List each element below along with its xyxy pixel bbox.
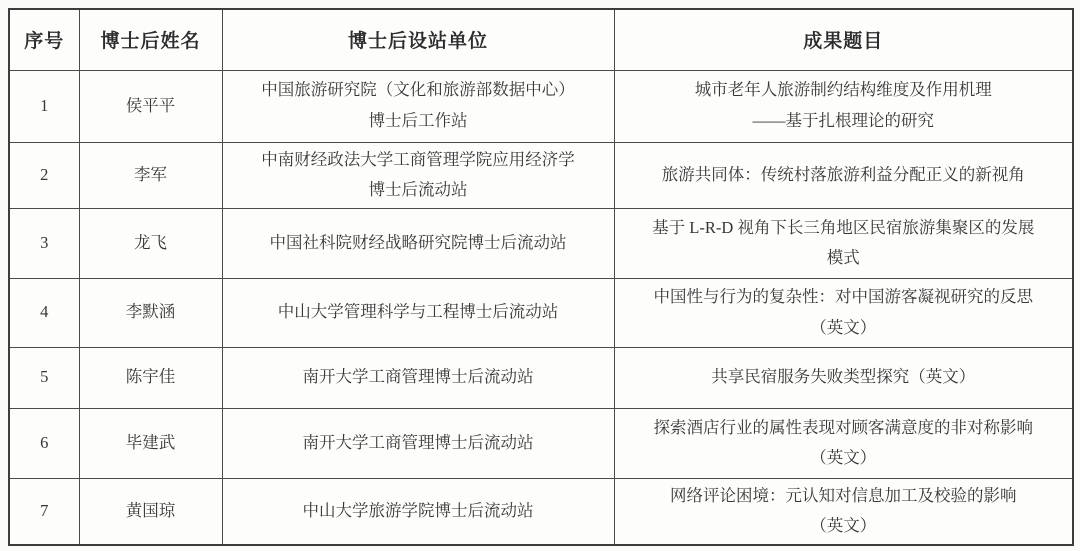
cell-serial: 1	[9, 70, 79, 142]
cell-station: 中国社科院财经战略研究院博士后流动站	[222, 208, 614, 278]
cell-serial: 6	[9, 408, 79, 478]
cell-title: 共享民宿服务失败类型探究（英文）	[614, 347, 1073, 408]
table-row: 2 李军 中南财经政法大学工商管理学院应用经济学 博士后流动站 旅游共同体：传统…	[9, 142, 1073, 208]
column-header-serial: 序号	[9, 9, 79, 70]
table-row: 7 黄国琼 中山大学旅游学院博士后流动站 网络评论困境：元认知对信息加工及校验的…	[9, 478, 1073, 545]
table-row: 5 陈宇佳 南开大学工商管理博士后流动站 共享民宿服务失败类型探究（英文）	[9, 347, 1073, 408]
cell-name: 龙飞	[79, 208, 222, 278]
cell-serial: 7	[9, 478, 79, 545]
column-header-name: 博士后姓名	[79, 9, 222, 70]
column-header-title: 成果题目	[614, 9, 1073, 70]
cell-serial: 3	[9, 208, 79, 278]
cell-name: 李默涵	[79, 278, 222, 347]
table-row: 3 龙飞 中国社科院财经战略研究院博士后流动站 基于 L-R-D 视角下长三角地…	[9, 208, 1073, 278]
cell-station: 中山大学旅游学院博士后流动站	[222, 478, 614, 545]
cell-title: 网络评论困境：元认知对信息加工及校验的影响 （英文）	[614, 478, 1073, 545]
cell-station: 南开大学工商管理博士后流动站	[222, 408, 614, 478]
table-row: 6 毕建武 南开大学工商管理博士后流动站 探索酒店行业的属性表现对顾客满意度的非…	[9, 408, 1073, 478]
cell-name: 陈宇佳	[79, 347, 222, 408]
column-header-station: 博士后设站单位	[222, 9, 614, 70]
cell-name: 侯平平	[79, 70, 222, 142]
postdoc-results-table-container: 序号 博士后姓名 博士后设站单位 成果题目 1 侯平平 中国旅游研究院（文化和旅…	[8, 8, 1074, 546]
cell-title: 城市老年人旅游制约结构维度及作用机理 ——基于扎根理论的研究	[614, 70, 1073, 142]
cell-title: 基于 L-R-D 视角下长三角地区民宿旅游集聚区的发展 模式	[614, 208, 1073, 278]
cell-name: 李军	[79, 142, 222, 208]
cell-serial: 2	[9, 142, 79, 208]
postdoc-results-table: 序号 博士后姓名 博士后设站单位 成果题目 1 侯平平 中国旅游研究院（文化和旅…	[8, 8, 1074, 546]
table-row: 4 李默涵 中山大学管理科学与工程博士后流动站 中国性与行为的复杂性：对中国游客…	[9, 278, 1073, 347]
cell-title: 旅游共同体：传统村落旅游利益分配正义的新视角	[614, 142, 1073, 208]
cell-station: 中南财经政法大学工商管理学院应用经济学 博士后流动站	[222, 142, 614, 208]
cell-title: 探索酒店行业的属性表现对顾客满意度的非对称影响 （英文）	[614, 408, 1073, 478]
cell-serial: 4	[9, 278, 79, 347]
cell-name: 毕建武	[79, 408, 222, 478]
cell-station: 中国旅游研究院（文化和旅游部数据中心） 博士后工作站	[222, 70, 614, 142]
cell-name: 黄国琼	[79, 478, 222, 545]
header-row: 序号 博士后姓名 博士后设站单位 成果题目	[9, 9, 1073, 70]
table-row: 1 侯平平 中国旅游研究院（文化和旅游部数据中心） 博士后工作站 城市老年人旅游…	[9, 70, 1073, 142]
cell-serial: 5	[9, 347, 79, 408]
cell-station: 中山大学管理科学与工程博士后流动站	[222, 278, 614, 347]
cell-station: 南开大学工商管理博士后流动站	[222, 347, 614, 408]
cell-title: 中国性与行为的复杂性：对中国游客凝视研究的反思 （英文）	[614, 278, 1073, 347]
